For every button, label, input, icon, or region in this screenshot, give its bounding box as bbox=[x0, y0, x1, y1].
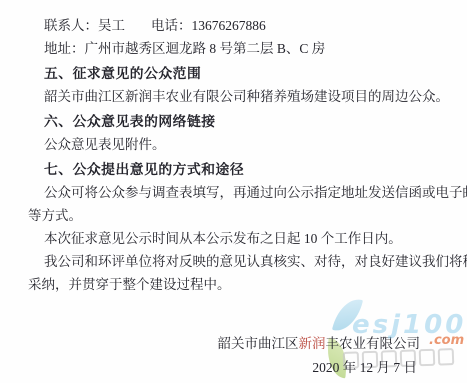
contact-phone: 13676267886 bbox=[192, 18, 266, 33]
contact-person-label: 联系人： bbox=[44, 18, 98, 33]
document-body: 联系人：吴工电话：13676267886 地址：广州市越秀区迴龙路 8 号第二层… bbox=[0, 0, 467, 380]
section-7-line-1: 公众可将公众参与调查表填写，再通过向公示指定地址发送信函或电子邮件 bbox=[28, 181, 447, 204]
contact-person: 吴工 bbox=[98, 18, 125, 33]
section-heading-7: 七、公众提出意见的方式和途径 bbox=[28, 158, 447, 181]
signature-company-highlight: 新润 bbox=[299, 336, 326, 351]
section-6-paragraph: 公众意见表见附件。 bbox=[28, 133, 447, 156]
document-page: 联系人：吴工电话：13676267886 地址：广州市越秀区迴龙路 8 号第二层… bbox=[0, 0, 467, 383]
section-7-line-4: 我公司和环评单位将对反映的意见认真核实、对待，对良好建议我们将积极 bbox=[28, 250, 447, 273]
signature-company-prefix: 韶关市曲江区 bbox=[218, 336, 299, 351]
signature-company: 韶关市曲江区新润丰农业有限公司 bbox=[28, 332, 420, 356]
signature-block: 韶关市曲江区新润丰农业有限公司 2020 年 12 月 7 日 bbox=[28, 332, 447, 380]
signature-date: 2020 年 12 月 7 日 bbox=[28, 356, 420, 380]
contact-phone-label: 电话： bbox=[151, 18, 192, 33]
section-7-line-5: 采纳，并贯穿于整个建设过程中。 bbox=[28, 273, 447, 296]
address-line: 地址：广州市越秀区迴龙路 8 号第二层 B、C 房 bbox=[28, 37, 447, 60]
section-7-line-3: 本次征求意见公示时间从本公示发布之日起 10 个工作日内。 bbox=[28, 227, 447, 250]
contact-line: 联系人：吴工电话：13676267886 bbox=[28, 14, 447, 37]
signature-company-suffix: 丰农业有限公司 bbox=[326, 336, 421, 351]
section-heading-6: 六、公众意见表的网络链接 bbox=[28, 110, 447, 133]
section-7-line-2: 等方式。 bbox=[28, 204, 447, 227]
section-heading-5: 五、征求意见的公众范围 bbox=[28, 62, 447, 85]
section-5-paragraph: 韶关市曲江区新润丰农业有限公司种猪养殖场建设项目的周边公众。 bbox=[28, 85, 447, 108]
